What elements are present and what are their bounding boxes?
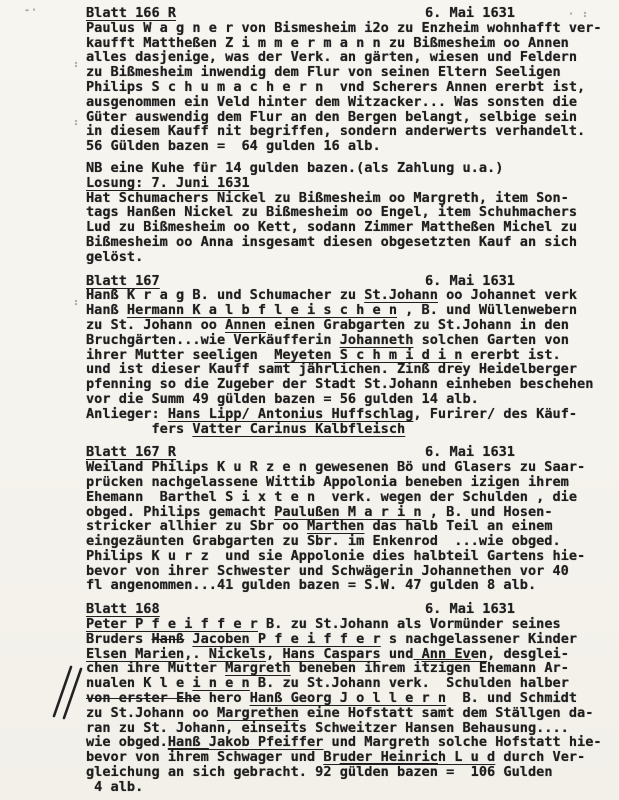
text-segment: B. zu St.Johann als Vormünder seines	[258, 616, 561, 632]
scan-speckle: :	[73, 298, 80, 308]
text-segment: bevor von ihrer Schwester und Schwägerin…	[86, 563, 569, 579]
text-segment: fers	[86, 421, 192, 437]
text-line: Bruchgärten...wie Verkäufferin Johanneth…	[86, 333, 601, 348]
entry-heading: Blatt 166 R	[86, 6, 176, 21]
text-line: bevor von ihrem Schwager und Bruder Hein…	[86, 750, 601, 765]
document-body: Blatt 166 R6. Mai 1631Paulus W a g n e r…	[86, 6, 601, 795]
entry-date: 6. Mai 1631	[425, 6, 515, 21]
text-segment: eingezäunten Grabgarten zu Sbr. im Enken…	[86, 533, 561, 549]
text-segment: gleichung an sich gebracht. 92	[86, 764, 340, 780]
text-line: gleichung an sich gebracht. 92 gülden ba…	[86, 765, 601, 780]
text-segment: Johanneth	[340, 332, 414, 348]
text-segment: = 106 Gulden	[438, 764, 553, 780]
text-line: zu Bißmesheim inwendig dem Flur von sein…	[86, 65, 601, 80]
text-segment: solchen Garten von	[413, 332, 569, 348]
text-segment: Ehemann Barthel S i x t e n verk. wegen …	[86, 489, 577, 505]
text-segment: , B. und Wüllenwebern	[397, 302, 577, 318]
entry-heading: Blatt 167	[86, 274, 160, 289]
text-line: Paulus W a g n e r von Bismesheim i2o zu…	[86, 21, 601, 36]
text-line: Philips S c h u m a c h e r n vnd Schere…	[86, 80, 601, 95]
text-segment: eine Hofstatt samt dem Ställgen da-	[299, 705, 594, 721]
text-segment: Jacoben P f e i f f e r	[192, 631, 380, 647]
text-segment: Hermann K a l b f l e i s c h e n	[127, 302, 397, 318]
text-line: eingezäunten Grabgarten zu Sbr. im Enken…	[86, 534, 601, 549]
scan-speckle: · :	[568, 10, 589, 20]
text-segment: fl angenommen...41 gulden bazen = S.W. 4…	[86, 577, 536, 593]
text-line: Losung: 7. Juni 1631	[86, 176, 601, 191]
text-segment: Marthen	[307, 518, 364, 534]
scan-speckle: -·	[24, 6, 38, 16]
text-line: fers Vatter Carinus Kalbfleisch	[86, 422, 601, 437]
entry-heading: Blatt 167 R	[86, 445, 176, 460]
text-segment: , Furirer/ des Käuf-	[413, 406, 577, 422]
text-line: in diesem Kauff nit begriffen, sondern a…	[86, 124, 601, 139]
scanned-document-page: Blatt 166 R6. Mai 1631Paulus W a g n e r…	[0, 0, 619, 800]
text-segment: ihrem	[168, 749, 209, 765]
text-segment: zu Bißmesheim inwendig dem Flur von sein…	[86, 64, 561, 80]
text-line: alles dasjenige, was der Verk. an gärten…	[86, 50, 601, 65]
text-segment: prücken nachgelassene Wittib Appolonia b…	[86, 474, 569, 490]
text-segment: in diesem Kauff nit begriffen, sondern a…	[86, 123, 585, 139]
text-segment: Philips S c h u m a c h e r n vnd Schere…	[86, 79, 585, 95]
text-line: Bißmesheim oo Anna insgesamt diesen obge…	[86, 235, 601, 250]
text-segment: zu St. Johann oo	[86, 317, 225, 333]
paragraph: Hanß K r a g B. und Schumacher zu St.Joh…	[86, 288, 601, 436]
entry-header: Blatt 1686. Mai 1631	[86, 602, 601, 617]
text-line: bevor von ihrer Schwester und Schwägerin…	[86, 564, 601, 579]
ledger-entry: Blatt 1686. Mai 1631Peter P f e i f f e …	[86, 602, 601, 794]
ledger-entry: Blatt 167 R6. Mai 1631Weiland Philips K …	[86, 445, 601, 593]
text-segment: B. und Schmidt	[446, 690, 577, 706]
text-line: zu St.Johann oo Margrethen eine Hofstatt…	[86, 706, 601, 721]
text-line: prücken nachgelassene Wittib Appolonia b…	[86, 475, 601, 490]
text-segment: Hanß	[86, 302, 127, 318]
text-line: nualen K l e i n e n B. zu St.Johann ver…	[86, 676, 601, 691]
text-segment: Annen	[225, 317, 266, 333]
text-segment: Hans Lipp/ Antonius Huffschlag	[168, 406, 414, 422]
ledger-entry: Blatt 166 R6. Mai 1631Paulus W a g n e r…	[86, 6, 601, 265]
text-segment: NB eine Kuhe für 14 gulden bazen.(als Za…	[86, 160, 503, 176]
text-line: Hanß K r a g B. und Schumacher zu St.Joh…	[86, 288, 601, 303]
text-segment: Bruder Heinrich L u d	[323, 749, 495, 765]
text-line: Philips K u r z und sie Appolonie dies h…	[86, 549, 601, 564]
text-segment: tags Hanßen Nickel zu Bißmesheim oo Enge…	[86, 204, 577, 220]
text-line: gelöst.	[86, 250, 601, 265]
ledger-entry: Blatt 1676. Mai 1631Hanß K r a g B. und …	[86, 274, 601, 437]
text-segment: das halb Teil an einem	[364, 518, 552, 534]
text-line: tags Hanßen Nickel zu Bißmesheim oo Enge…	[86, 205, 601, 220]
paragraph: NB eine Kuhe für 14 gulden bazen.(als Za…	[86, 161, 601, 265]
text-segment: gelöst.	[86, 249, 143, 265]
entry-date: 6. Mai 1631	[425, 274, 515, 289]
text-segment: 4 alb.	[86, 779, 143, 795]
text-segment: bevor von	[86, 749, 168, 765]
text-segment: St.Johann	[364, 287, 438, 303]
text-line: 4 alb.	[86, 780, 601, 795]
text-segment: pfenning so die Zugeber der Stadt St.Joh…	[86, 376, 593, 392]
scan-speckle: :	[73, 118, 80, 128]
text-line: vor die Summ 49 gülden bazen = 56 gulden…	[86, 392, 601, 407]
text-segment: stricker allhier zu Sbr oo	[86, 518, 307, 534]
text-segment: hero	[201, 690, 250, 706]
text-segment: Schwager und	[209, 749, 324, 765]
text-segment: Losung: 7. Juni 1631	[86, 175, 250, 191]
text-segment: Peter P f e i f f e r	[86, 616, 258, 632]
text-line: Ehemann Barthel S i x t e n verk. wegen …	[86, 490, 601, 505]
text-segment: Bruchgärten...wie Verkäufferin	[86, 332, 340, 348]
text-segment: Bißmesheim oo Anna insgesamt diesen obge…	[86, 234, 577, 250]
entry-heading: Blatt 168	[86, 602, 160, 617]
text-line: stricker allhier zu Sbr oo Marthen das h…	[86, 519, 601, 534]
text-segment: alles dasjenige, was der Verk. an gärten…	[86, 49, 577, 65]
text-line: Hanß Hermann K a l b f l e i s c h e n ,…	[86, 303, 601, 318]
text-segment: Margrethen	[217, 705, 299, 721]
text-line: fl angenommen...41 gulden bazen = S.W. 4…	[86, 578, 601, 593]
text-segment: gülden bazen	[340, 764, 438, 780]
text-segment: Hanß K r a g B. und Schumacher zu	[86, 287, 364, 303]
text-segment: ausgenommen ein Veld hinter dem Witzacke…	[86, 94, 577, 110]
entry-header: Blatt 167 R6. Mai 1631	[86, 445, 601, 460]
entry-date: 6. Mai 1631	[425, 602, 515, 617]
text-segment: Hanß Georg J o l l e r n	[250, 690, 446, 706]
paragraph: Weiland Philips K u R z e n gewesenen Bö…	[86, 460, 601, 593]
text-segment: von erster Ehe	[86, 690, 201, 706]
text-segment: Lud zu Bißmesheim oo Kett, sodann Zimmer…	[86, 219, 577, 235]
text-segment: B. zu St.Johann verk. Schulden halber	[250, 675, 569, 691]
text-segment: und ist dieser Kauff samt jährlichen. Zi…	[86, 361, 577, 377]
text-segment: vor die Summ 49 gülden bazen = 56 gulden…	[86, 391, 479, 407]
text-line: 56 Gülden bazen = 64 gulden 16 alb.	[86, 139, 601, 154]
entry-header: Blatt 1676. Mai 1631	[86, 274, 601, 289]
text-segment: oo Johannet verk	[438, 287, 577, 303]
margin-correction-slashes-mark	[50, 664, 86, 720]
text-line: von erster Ehe hero Hanß Georg J o l l e…	[86, 691, 601, 706]
text-segment: Hanß	[151, 631, 184, 647]
text-line: Weiland Philips K u R z e n gewesenen Bö…	[86, 460, 601, 475]
paragraph: Peter P f e i f f e r B. zu St.Johann al…	[86, 617, 601, 795]
text-line: pfenning so die Zugeber der Stadt St.Joh…	[86, 377, 601, 392]
text-line: und ist dieser Kauff samt jährlichen. Zi…	[86, 362, 601, 377]
text-line: Lud zu Bißmesheim oo Kett, sodann Zimmer…	[86, 220, 601, 235]
text-segment: Bruders	[86, 631, 151, 647]
text-segment: Anlieger:	[86, 406, 168, 422]
text-segment: nualen K l e	[86, 675, 192, 691]
text-segment: einen Grabgarten zu St.Johann in den	[266, 317, 569, 333]
text-line: ausgenommen ein Veld hinter dem Witzacke…	[86, 95, 601, 110]
text-segment: Philips K u r z und sie Appolonie dies h…	[86, 548, 585, 564]
entry-date: 6. Mai 1631	[425, 445, 515, 460]
text-line: Anlieger: Hans Lipp/ Antonius Huffschlag…	[86, 407, 601, 422]
text-segment: zu St.Johann oo	[86, 705, 217, 721]
entry-header: Blatt 166 R6. Mai 1631	[86, 6, 601, 21]
text-segment: Vatter Carinus Kalbfleisch	[192, 421, 405, 437]
text-segment: s nachgelassener Kinder	[381, 631, 577, 647]
text-line: zu St. Johann oo Annen einen Grabgarten …	[86, 318, 601, 333]
text-segment: durch Ver-	[495, 749, 585, 765]
text-line: NB eine Kuhe für 14 gulden bazen.(als Za…	[86, 161, 601, 176]
paragraph: Paulus W a g n e r von Bismesheim i2o zu…	[86, 21, 601, 154]
text-segment: Paulus W a g n e r von Bismesheim i2o zu…	[86, 20, 602, 36]
text-segment: Weiland Philips K u R z e n gewesenen Bö…	[86, 459, 585, 475]
text-segment: 56 Gülden bazen = 64 gulden 16 alb.	[86, 138, 381, 154]
text-segment: i n e n	[192, 675, 249, 691]
text-line: Bruders Hanß Jacoben P f e i f f e r s n…	[86, 632, 601, 647]
text-line: Peter P f e i f f e r B. zu St.Johann al…	[86, 617, 601, 632]
scan-speckle: :	[73, 60, 80, 70]
